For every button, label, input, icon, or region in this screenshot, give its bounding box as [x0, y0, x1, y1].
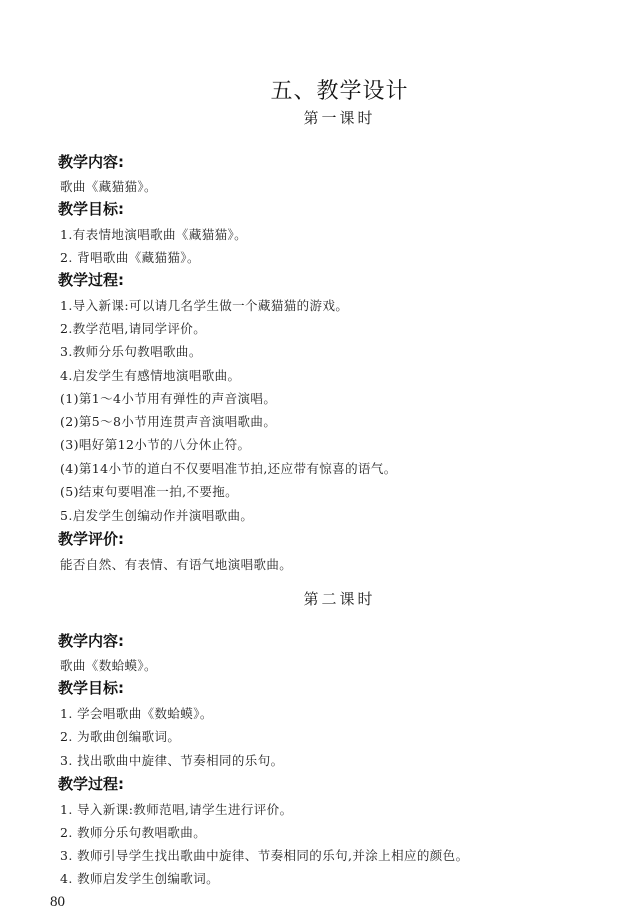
- lesson-1-process-item: 4.启发学生有感情地演唱歌曲。: [60, 366, 240, 384]
- lesson-2-goal-item: 1. 学会唱歌曲《数蛤蟆》。: [60, 704, 213, 722]
- lesson-2-process-item: 3. 教师引导学生找出歌曲中旋律、节奏相同的乐句,并涂上相应的颜色。: [60, 846, 468, 864]
- lesson-2-content-heading: 教学内容:: [58, 630, 124, 651]
- lesson-1-process-heading: 教学过程:: [58, 269, 124, 290]
- lesson-1-goal-item: 1.有表情地演唱歌曲《藏猫猫》。: [60, 225, 247, 243]
- page-title: 五、教学设计: [0, 74, 637, 105]
- lesson-1-title: 第一课时: [0, 107, 637, 128]
- lesson-1-process-item: 2.教学范唱,请同学评价。: [60, 319, 206, 337]
- lesson-1-content-item: 歌曲《藏猫猫》。: [60, 177, 157, 195]
- lesson-1-content-heading: 教学内容:: [58, 151, 124, 172]
- lesson-1-process-subitem: (1)第1～4小节用有弹性的声音演唱。: [60, 389, 276, 407]
- lesson-2-goal-item: 3. 找出歌曲中旋律、节奏相同的乐句。: [60, 751, 284, 769]
- page-number: 80: [50, 894, 65, 911]
- lesson-1-process-subitem: (5)结束句要唱准一拍,不要拖。: [60, 482, 238, 500]
- lesson-1-goal-item: 2. 背唱歌曲《藏猫猫》。: [60, 248, 200, 266]
- lesson-2-goal-item: 2. 为歌曲创编歌词。: [60, 727, 180, 745]
- lesson-1-process-item: 3.教师分乐句教唱歌曲。: [60, 342, 202, 360]
- lesson-1-evaluation-item: 能否自然、有表情、有语气地演唱歌曲。: [60, 555, 292, 573]
- lesson-2-process-item: 4. 教师启发学生创编歌词。: [60, 869, 219, 887]
- lesson-2-content-item: 歌曲《数蛤蟆》。: [60, 656, 157, 674]
- lesson-2-title: 第二课时: [0, 588, 637, 609]
- lesson-1-process-subitem: (3)唱好第12小节的八分休止符。: [60, 435, 250, 453]
- lesson-2-process-item: 2. 教师分乐句教唱歌曲。: [60, 823, 206, 841]
- lesson-1-goals-heading: 教学目标:: [58, 198, 124, 219]
- lesson-2-process-heading: 教学过程:: [58, 773, 124, 794]
- lesson-1-process-item: 5.启发学生创编动作并演唱歌曲。: [60, 506, 253, 524]
- lesson-1-process-item: 1.导入新课:可以请几名学生做一个藏猫猫的游戏。: [60, 296, 348, 314]
- lesson-2-process-item: 1. 导入新课:教师范唱,请学生进行评价。: [60, 800, 293, 818]
- lesson-2-goals-heading: 教学目标:: [58, 677, 124, 698]
- lesson-1-evaluation-heading: 教学评价:: [58, 528, 124, 549]
- lesson-1-process-subitem: (4)第14小节的道白不仅要唱准节拍,还应带有惊喜的语气。: [60, 459, 397, 477]
- lesson-1-process-subitem: (2)第5～8小节用连贯声音演唱歌曲。: [60, 412, 276, 430]
